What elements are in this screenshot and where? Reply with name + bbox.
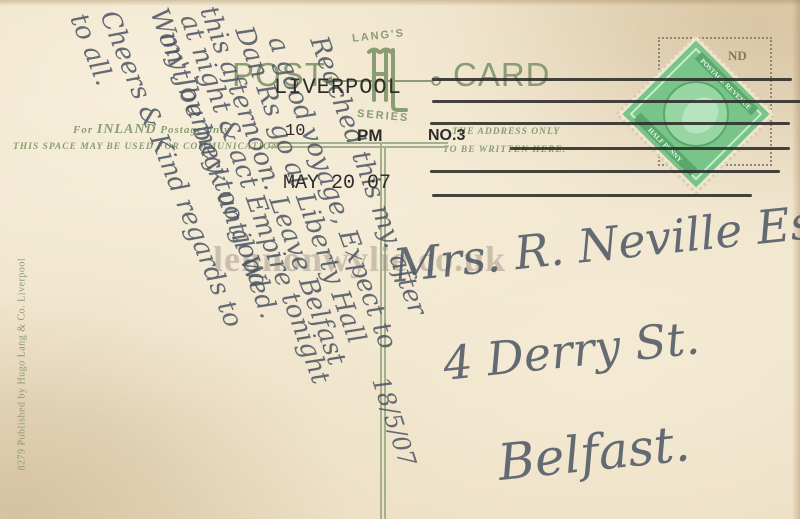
postcard-back: POST CARD LANG'S SERIES For INLAND Posta… xyxy=(0,0,800,519)
cancellation-bar xyxy=(432,100,800,103)
communication-note: THIS SPACE MAY BE USED FOR COMMUNICATION… xyxy=(13,142,282,152)
inland-word: INLAND xyxy=(97,122,157,137)
watermark: lennonwylie.co.uk xyxy=(213,238,506,280)
divider-horizontal xyxy=(268,146,448,148)
postmark-city: LIVERPOOL xyxy=(274,75,402,100)
aged-edge-top xyxy=(0,0,800,6)
message-line: Cheers & Kind regards to xyxy=(94,6,249,332)
cancellation-bar xyxy=(432,194,752,197)
aged-edge-right xyxy=(792,0,800,519)
address-city: Belfast. xyxy=(494,414,692,492)
printed-title-card: CARD xyxy=(453,56,551,94)
publisher-logo-top-text: LANG'S xyxy=(352,27,406,44)
postmark-number: 10 xyxy=(285,122,305,141)
cancellation-bar xyxy=(430,122,790,125)
postmark-date: MAY 20 07 xyxy=(283,172,391,195)
postmark-code: NO.3 xyxy=(428,127,465,145)
inland-suffix: Postage only xyxy=(160,124,230,136)
cancellation-bar xyxy=(510,147,790,150)
publisher-imprint: 8279 Published by Hugo Lang & Co. Liverp… xyxy=(17,191,28,471)
message-line: to all. xyxy=(64,9,120,90)
address-street: 4 Derry St. xyxy=(440,310,702,391)
divider-vertical xyxy=(380,142,382,519)
inland-prefix: For xyxy=(73,124,93,136)
handwritten-date: 18/5/07 xyxy=(366,373,421,470)
cancellation-bar xyxy=(430,170,780,173)
inland-postage-note: For INLAND Postage only xyxy=(73,122,230,138)
address-note-line1: THE ADDRESS ONLY xyxy=(452,127,560,137)
postmark-time: PM xyxy=(357,126,383,146)
cancellation-bar xyxy=(432,78,792,81)
divider-vertical xyxy=(384,146,386,519)
